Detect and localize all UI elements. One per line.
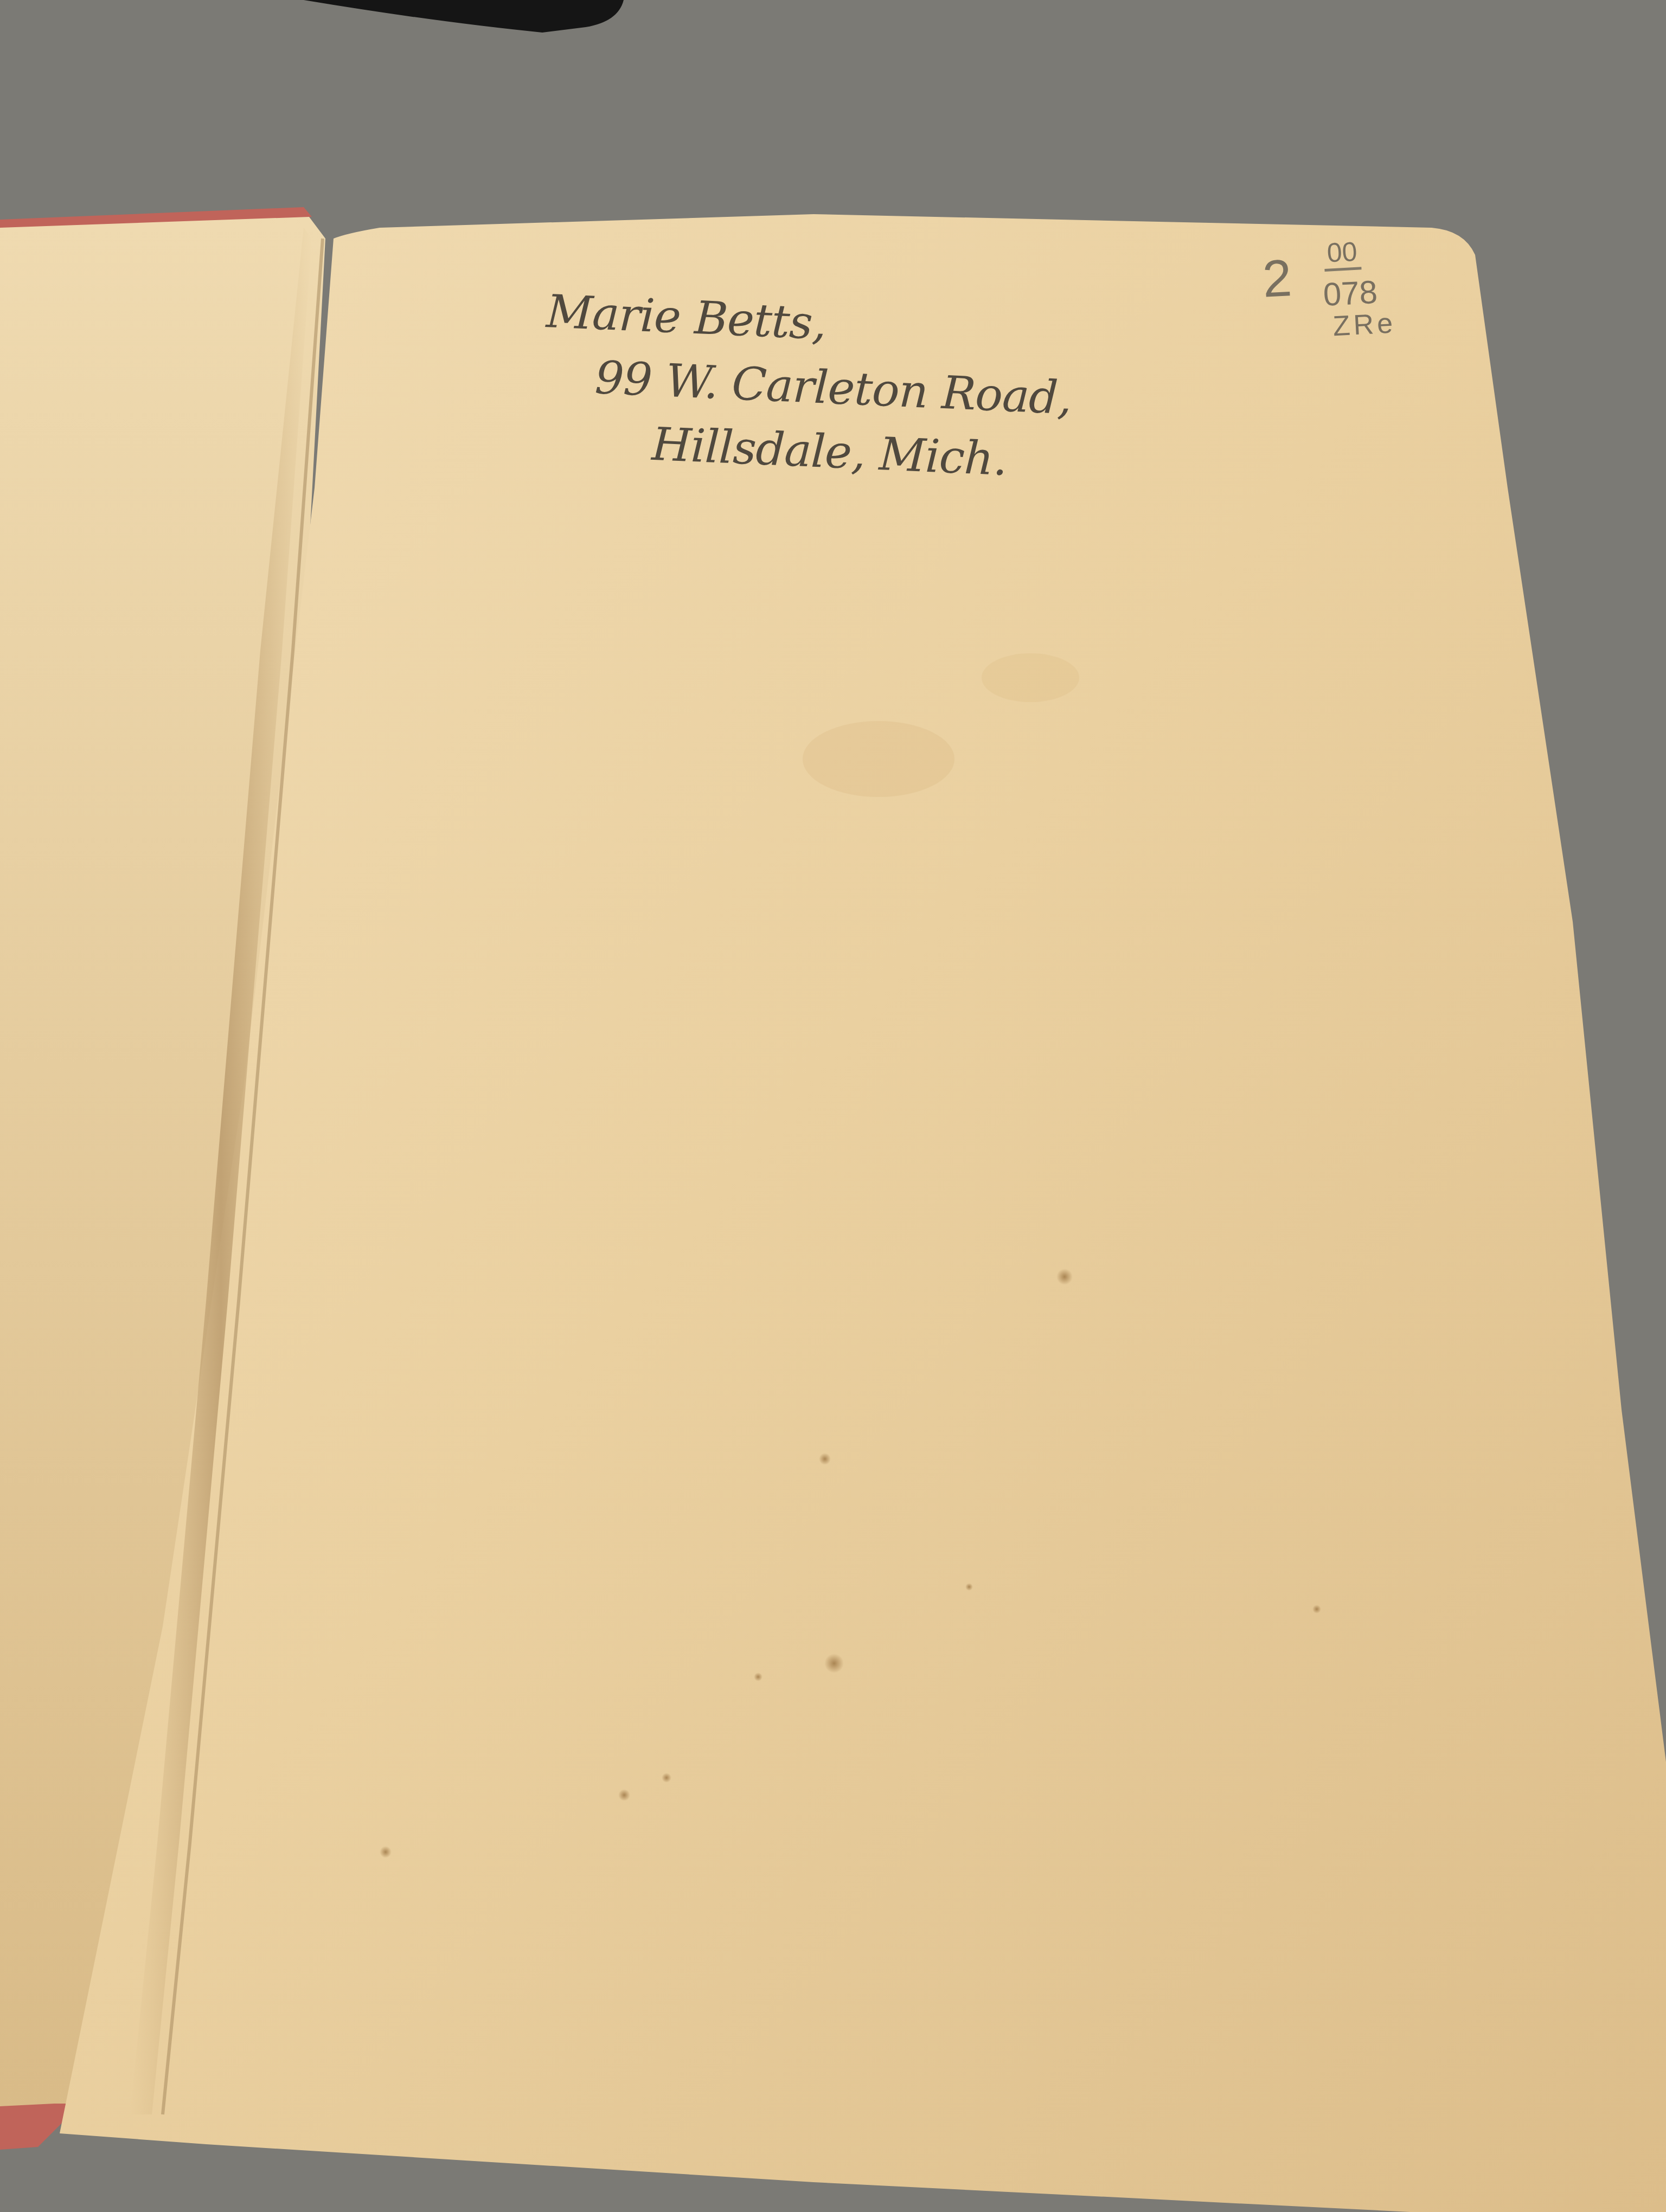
book-photo-scene: Marie Betts, 99 W. Carleton Road, Hillsd… (0, 0, 1666, 2212)
foxing-spot (754, 1673, 762, 1681)
foxing-spot (1312, 1605, 1321, 1613)
foxing-spot (380, 1846, 392, 1858)
paper-stain (982, 653, 1079, 702)
owner-inscription: Marie Betts, 99 W. Carleton Road, Hillsd… (540, 279, 1144, 497)
foxing-spot (1056, 1269, 1073, 1285)
dealer-code-1: 078 (1322, 276, 1378, 311)
dealer-code-2: ZRe (1332, 309, 1397, 340)
foxing-spot (819, 1453, 831, 1465)
price-cents: 00 (1323, 237, 1362, 271)
foxing-spot (965, 1583, 973, 1591)
dark-object-top (304, 0, 624, 33)
foxing-spot (662, 1773, 671, 1783)
pencil-price-mark: 2 00 078 ZRe (1255, 234, 1435, 357)
price-dollars: 2 (1261, 252, 1293, 306)
foxing-spot (824, 1654, 844, 1673)
foxing-spot (618, 1789, 630, 1801)
paper-stain (803, 721, 954, 797)
